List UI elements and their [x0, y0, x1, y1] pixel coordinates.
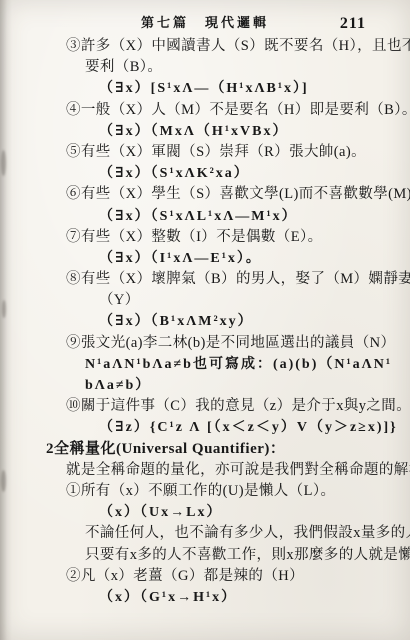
- text-line: ⑤有些（X）軍閥（S）崇拜（R）張大帥(a)。: [0, 142, 410, 163]
- text-line: ⑨張文光(a)李二林(b)是不同地區選出的議員（N）: [0, 333, 410, 354]
- section-heading: 2全稱量化(Universal Quantifier)：: [0, 439, 410, 460]
- text-line: ③許多（X）中國讀書人（S）既不要名（H），且也不: [0, 36, 410, 57]
- formula-line: （∃x）（B¹xΛM²xy）: [0, 311, 410, 332]
- formula-line: bΛa≠b）: [0, 375, 410, 396]
- book-page: 第七篇 現代邏輯 211 ③許多（X）中國讀書人（S）既不要名（H），且也不要利…: [0, 0, 410, 640]
- formula-line: （∃x）（S¹xΛL¹xΛ—M¹x）: [0, 206, 410, 227]
- text-line: ⑥有些（X）學生（S）喜歡文學(L)而不喜歡數學(M)。: [0, 184, 410, 205]
- text-line: （Y）: [0, 290, 410, 311]
- text-line: 要利（B）。: [0, 57, 410, 78]
- formula-line: （x）（Ux→Lx）: [0, 502, 410, 523]
- text-line: 只要有x多的人不喜歡工作，則x那麼多的人就是懶人。: [0, 545, 410, 566]
- formula-line: （∃x）（MxΛ（H¹xVBx）: [0, 121, 410, 142]
- formula-line: （∃x）（S¹xΛK²xa）: [0, 163, 410, 184]
- text-line: ①所有（x）不願工作的(U)是懶人（L）。: [0, 481, 410, 502]
- text-line: ⑩關于這件事（C）我的意見（z）是介于x與y之間。: [0, 396, 410, 417]
- text-line: 就是全稱命題的量化，亦可說是我們對全稱命題的解析。: [0, 460, 410, 481]
- text-body: ③許多（X）中國讀書人（S）既不要名（H），且也不要利（B）。（∃x）[S¹xΛ…: [0, 36, 410, 608]
- formula-line: （∃z）{C¹z Λ [（x＜z＜y）V（y＞z≥x)]}: [0, 417, 410, 438]
- text-line: ⑧有些（X）壞脾氣（B）的男人，娶了（M）嫻靜妻子: [0, 269, 410, 290]
- text-line: ⑦有些（X）整數（I）不是偶數（E）。: [0, 227, 410, 248]
- text-line: ④一般（X）人（M）不是要名（H）即是要利（B）。: [0, 100, 410, 121]
- page-header: 第七篇 現代邏輯 211: [0, 12, 410, 34]
- formula-line: （∃x）[S¹xΛ—（H¹xΛB¹x）]: [0, 78, 410, 99]
- text-line: 不論任何人，也不論有多少人，我們假設x量多的人。: [0, 523, 410, 544]
- formula-line: N¹aΛN¹bΛa≠b也可寫成：(a)(b)（N¹aΛN¹: [0, 354, 410, 375]
- page-number: 211: [340, 15, 366, 33]
- formula-line: （x）（G¹x→H¹x）: [0, 587, 410, 608]
- formula-line: （∃x）（I¹xΛ—E¹x）。: [0, 248, 410, 269]
- text-line: ②凡（x）老薑（G）都是辣的（H）: [0, 566, 410, 587]
